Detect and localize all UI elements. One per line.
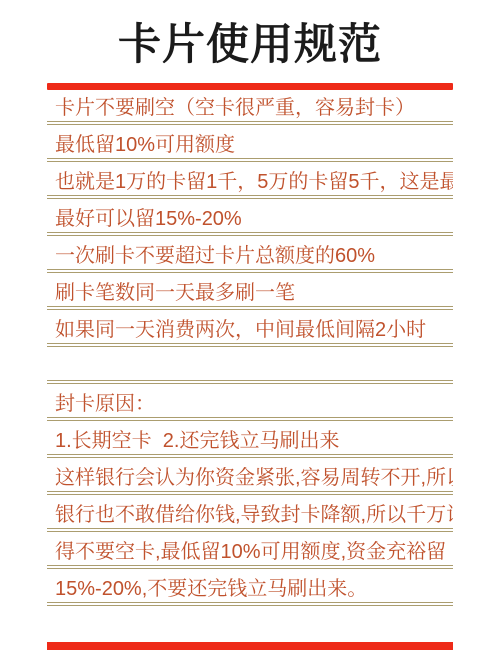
line-text: 得不要空卡,最低留10%可用额度,资金充裕留: [55, 541, 446, 563]
line-text: 最低留10%可用额度: [55, 134, 235, 156]
line-text: 一次刷卡不要超过卡片总额度的60%: [55, 245, 375, 267]
line-text: 如果同一天消费两次，中间最低间隔2小时: [55, 319, 426, 341]
line-text: 卡片不要刷空（空卡很严重，容易封卡）: [55, 97, 415, 119]
line-text: 刷卡笔数同一天最多刷一笔: [55, 282, 295, 304]
ruled-line: 一次刷卡不要超过卡片总额度的60%: [47, 236, 453, 273]
line-text: 最好可以留15%-20%: [55, 208, 242, 230]
ruled-line: 卡片不要刷空（空卡很严重，容易封卡）: [47, 88, 453, 125]
ruled-text-area: 卡片不要刷空（空卡很严重，容易封卡） 最低留10%可用额度 也就是1万的卡留1千…: [47, 88, 453, 606]
line-text: 也就是1万的卡留1千，5万的卡留5千，这是最低，: [55, 171, 453, 193]
ruled-line: 也就是1万的卡留1千，5万的卡留5千，这是最低，: [47, 162, 453, 199]
ruled-line: 得不要空卡,最低留10%可用额度,资金充裕留: [47, 532, 453, 569]
line-text: 银行也不敢借给你钱,导致封卡降额,所以千万记: [55, 504, 453, 526]
ruled-line: 封卡原因：: [47, 384, 453, 421]
line-text: 封卡原因：: [55, 393, 155, 415]
line-text: 1.长期空卡 2.还完钱立马刷出来: [55, 430, 339, 452]
ruled-line: 最低留10%可用额度: [47, 125, 453, 162]
ruled-line: 这样银行会认为你资金紧张,容易周转不开,所以: [47, 458, 453, 495]
ruled-line-blank: [47, 347, 453, 384]
line-text: 这样银行会认为你资金紧张,容易周转不开,所以: [55, 467, 453, 489]
ruled-line: 如果同一天消费两次，中间最低间隔2小时: [47, 310, 453, 347]
ruled-line: 银行也不敢借给你钱,导致封卡降额,所以千万记: [47, 495, 453, 532]
ruled-line: 15%-20%,不要还完钱立马刷出来。: [47, 569, 453, 606]
ruled-line: 最好可以留15%-20%: [47, 199, 453, 236]
card-usage-rules-page: 卡片使用规范 卡片不要刷空（空卡很严重，容易封卡） 最低留10%可用额度 也就是…: [0, 0, 500, 650]
bottom-divider-line: [47, 642, 453, 650]
ruled-line: 刷卡笔数同一天最多刷一笔: [47, 273, 453, 310]
ruled-line: 1.长期空卡 2.还完钱立马刷出来: [47, 421, 453, 458]
page-title: 卡片使用规范: [0, 22, 500, 69]
line-text: 15%-20%,不要还完钱立马刷出来。: [55, 578, 367, 600]
